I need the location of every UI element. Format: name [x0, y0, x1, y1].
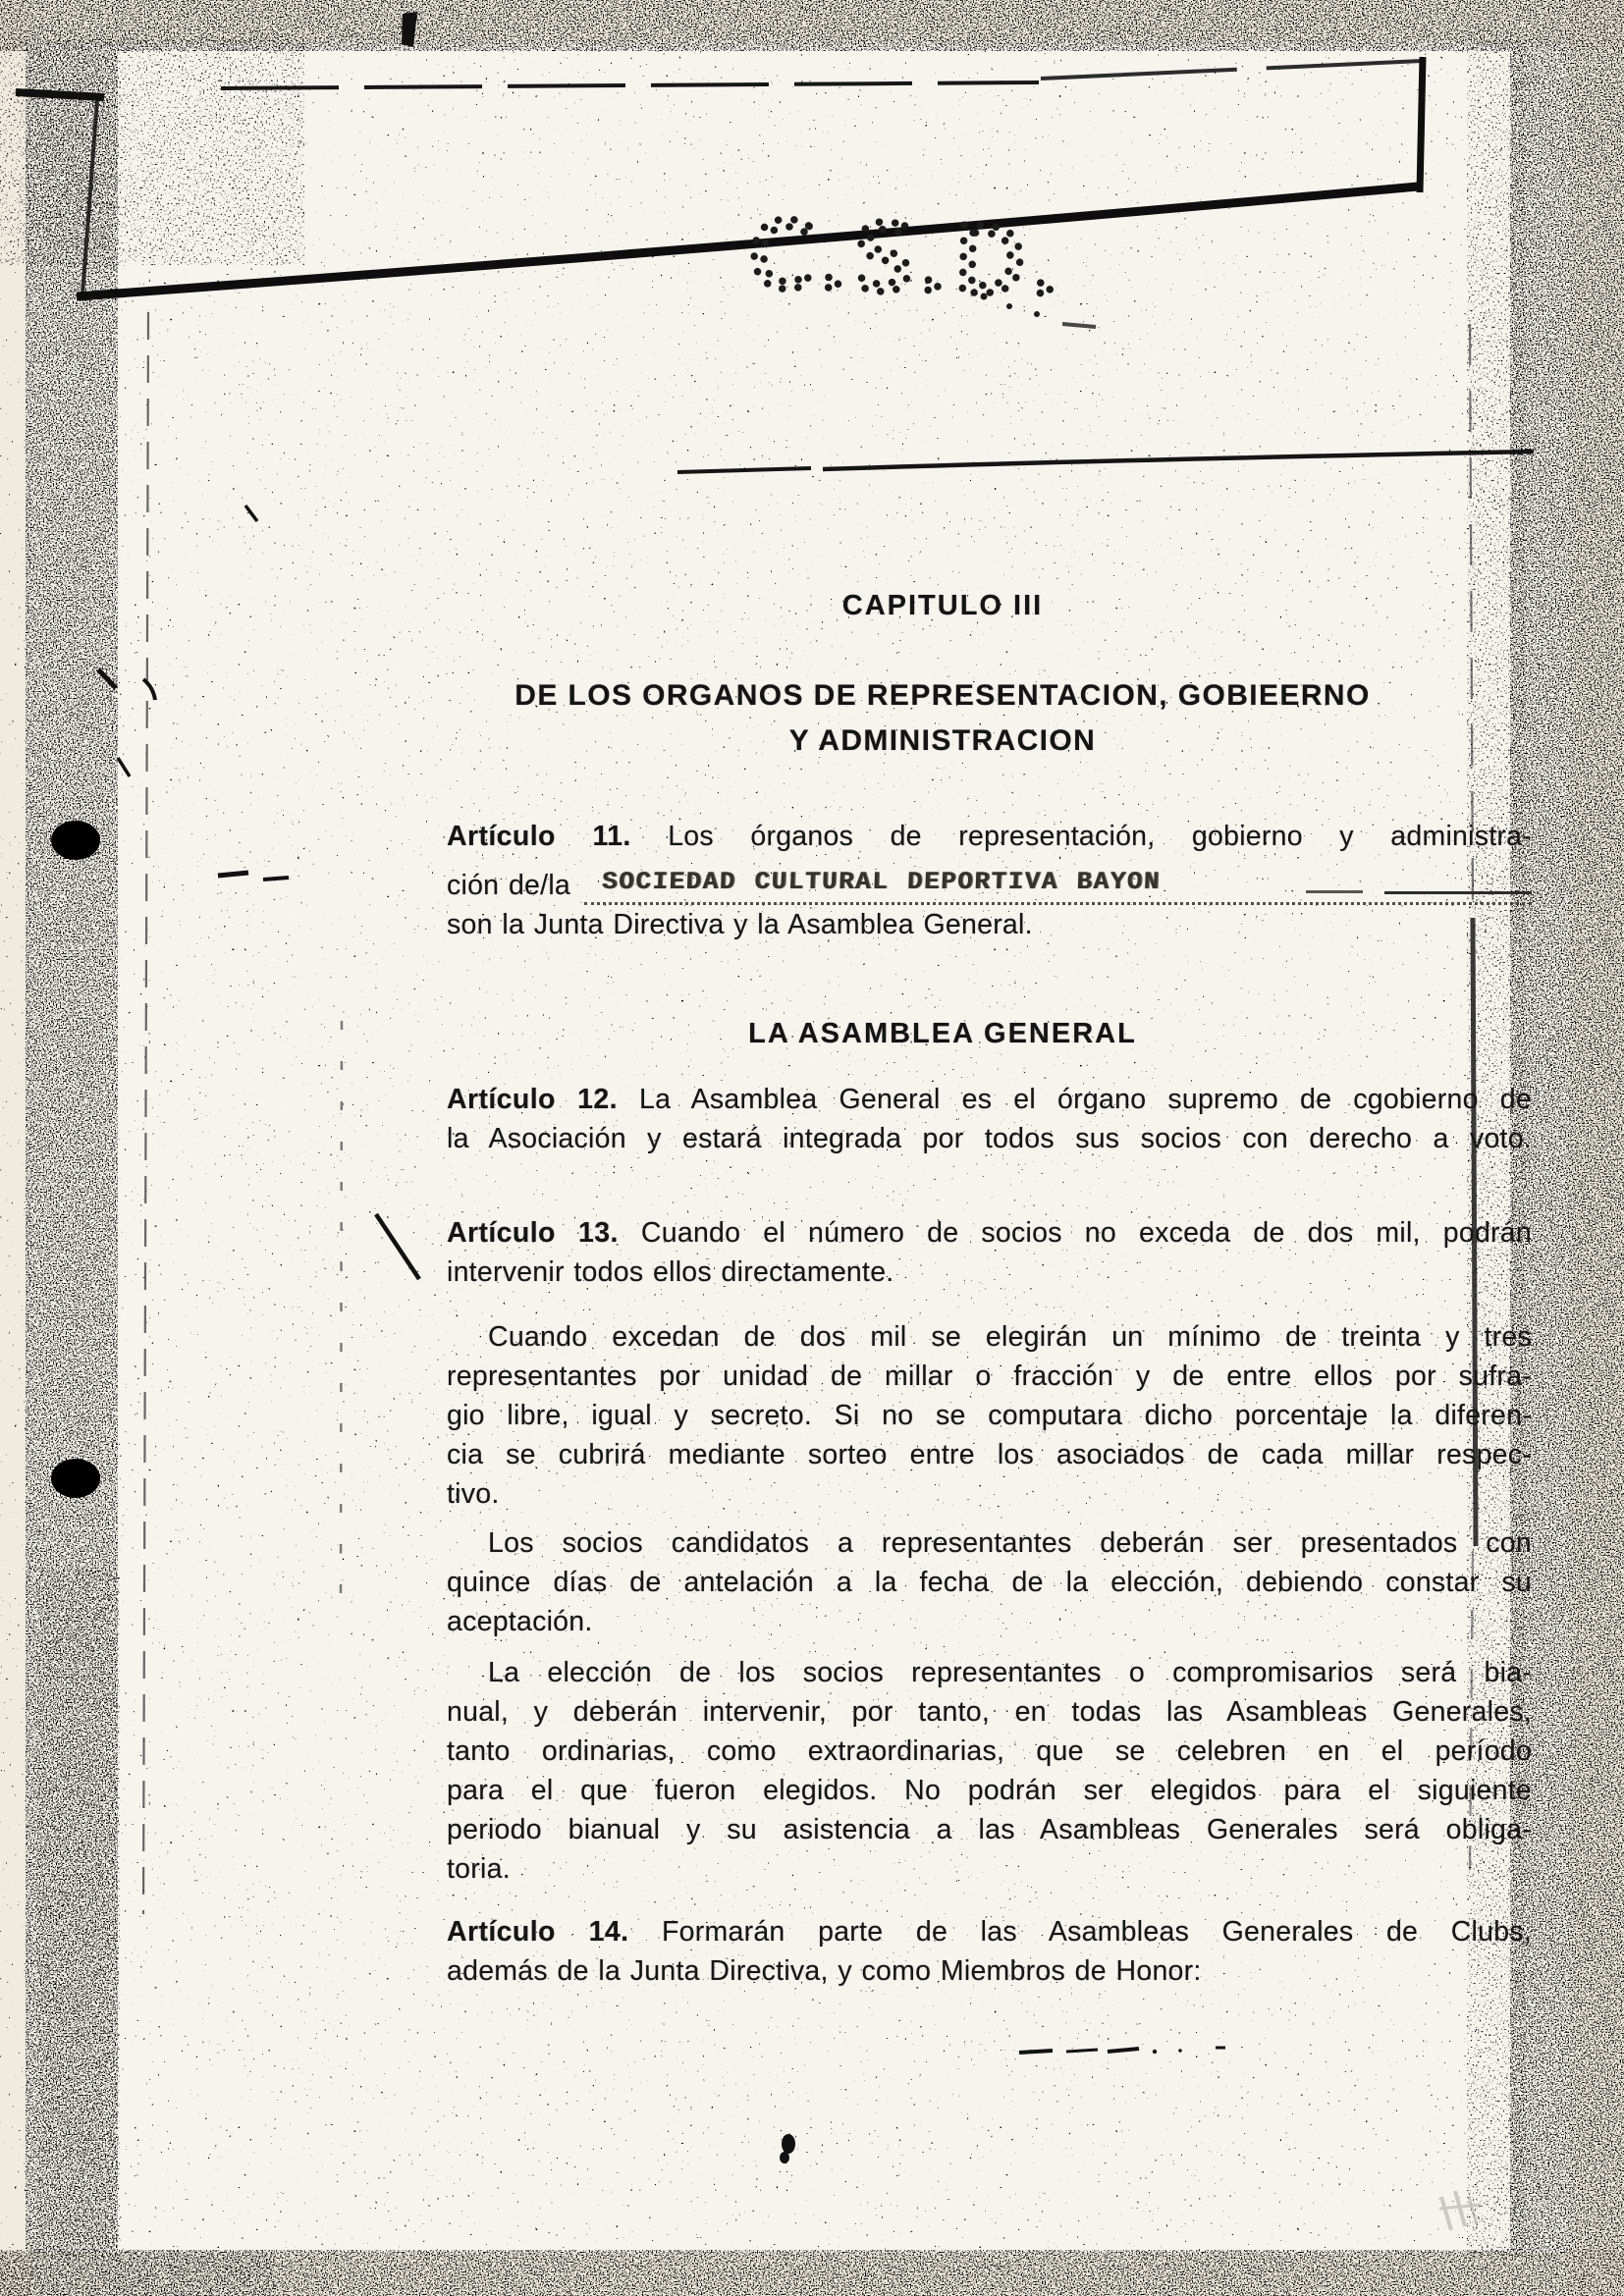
article-13-line1-text: Cuando el número de socios no exceda de …: [641, 1217, 1532, 1249]
bottom-dashes: [1066, 2050, 1098, 2052]
bottom-blob: [782, 2134, 795, 2154]
noise-band-left-lower: [37, 1571, 120, 2258]
section-heading: LA ASAMBLEA GENERAL: [398, 1011, 1488, 1056]
left-fold-line: [143, 312, 148, 1914]
paragraph-line: aceptación.: [447, 1602, 1532, 1641]
article-12-line1: Artículo 12. La Asamblea General es el ó…: [447, 1080, 1532, 1119]
chapter-subtitle-line2-text: Y ADMINISTRACION: [789, 724, 1096, 757]
paragraph-line: gio libre, igual y secreto. Si no se com…: [447, 1396, 1532, 1435]
fill-in-solid-end: [1384, 891, 1532, 894]
stamp-stray-dot: [981, 294, 988, 300]
slash-mark-art13: [376, 1214, 419, 1279]
paragraph-candidates: Los socios candidatos a representantes d…: [447, 1523, 1532, 1641]
top-edge-line: [221, 82, 1039, 88]
noise-corner-topleft: [0, 39, 304, 265]
noise-mark: [143, 679, 155, 700]
article-11-line2-prefix: ción de/la: [447, 866, 570, 905]
chapter-subtitle-line2: Y ADMINISTRACION: [398, 719, 1488, 764]
article-13-line1: Artículo 13. Cuando el número de socios …: [447, 1213, 1532, 1253]
article-13-label: Artículo 13.: [447, 1217, 619, 1249]
punch-hole-bottom: [51, 1459, 100, 1498]
fill-in-dash: [1306, 890, 1363, 893]
paragraph-line: La elección de los socios representantes…: [447, 1653, 1532, 1692]
bottom-dot: [1178, 2049, 1182, 2053]
top-skew-edge: [77, 187, 1418, 296]
paragraph-line: tanto ordinarias, como extraordinarias, …: [447, 1732, 1532, 1771]
article-11-label: Artículo 11.: [447, 821, 631, 852]
stamp-stray-dash: [1062, 324, 1096, 327]
article-14-line1: Artículo 14. Formarán parte de las Asamb…: [447, 1912, 1532, 1951]
left-inner-ticks: [341, 1021, 342, 1600]
chapter-title: CAPITULO III: [398, 583, 1488, 628]
paragraph-line: representantes por unidad de millar o fr…: [447, 1357, 1532, 1396]
stamp-stray-dot: [1034, 311, 1040, 317]
paragraph-election-quota: Cuando excedan de dos mil se elegirán un…: [447, 1317, 1532, 1514]
paragraph-line: Cuando excedan de dos mil se elegirán un…: [447, 1317, 1532, 1357]
noise-mark: [245, 506, 257, 521]
article-13: Artículo 13. Cuando el número de socios …: [447, 1213, 1532, 1292]
paragraph-line: cia se cubrirá mediante sorteo entre los…: [447, 1435, 1532, 1474]
top-edge-line-right: [1041, 61, 1422, 79]
paragraph-line: nual, y deberán intervenir, por tanto, e…: [447, 1692, 1532, 1732]
scanned-document-page: C.S.D.: [0, 0, 1624, 2296]
paragraph-biannual-election: La elección de los socios representantes…: [447, 1653, 1532, 1889]
paragraph-line: Los socios candidatos a representantes d…: [447, 1523, 1532, 1563]
paragraph-line: toria.: [447, 1849, 1532, 1889]
ghost-stamp: [1439, 2191, 1481, 2230]
top-right-edge: [1420, 57, 1423, 192]
header-rule-short: [677, 468, 811, 472]
article-11-line2: ción de/la SOCIEDAD CULTURAL DEPORTIVA B…: [447, 856, 1532, 905]
bottom-dashes: [1108, 2049, 1139, 2052]
chapter-subtitle-line1-text: DE LOS ORGANOS DE REPRESENTACION, GOBIEE…: [514, 679, 1370, 712]
article-14-label: Artículo 14.: [447, 1916, 628, 1948]
article-14-line1-text: Formarán parte de las Asambleas Generale…: [662, 1916, 1532, 1948]
noise-band-left: [26, 39, 118, 2258]
csd-perforated-stamp: C.S.D.: [747, 202, 1067, 317]
paragraph-line: periodo bianual y su asistencia a las As…: [447, 1810, 1532, 1849]
stamp-stray-dot: [1006, 303, 1012, 309]
article-14-line2: además de la Junta Directiva, y como Mie…: [447, 1951, 1532, 1991]
chapter-subtitle-line1: DE LOS ORGANOS DE REPRESENTACION, GOBIEE…: [398, 673, 1488, 719]
typed-entity-name: SOCIEDAD CULTURAL DEPORTIVA BAYON: [601, 863, 1161, 901]
chapter-title-text: CAPITULO III: [842, 590, 1043, 621]
edge-tint-bottom: [0, 2252, 1624, 2296]
paragraph-line: para el que fueron elegidos. No podrán s…: [447, 1771, 1532, 1810]
edge-tint-top: [0, 0, 1624, 45]
article-11: Artículo 11. Los órganos de representaci…: [447, 817, 1532, 944]
article-14: Artículo 14. Formarán parte de las Asamb…: [447, 1912, 1532, 1991]
article-12-line2: la Asociación y estará integrada por tod…: [447, 1119, 1532, 1158]
article-12-line1-text: La Asamblea General es el órgano supremo…: [639, 1084, 1532, 1115]
punch-hole-top: [51, 821, 100, 860]
header-rule: [823, 452, 1534, 469]
edge-tint-right: [1569, 0, 1624, 2296]
article-13-line2: intervenir todos ellos directamente.: [447, 1253, 1532, 1292]
article-11-line1-text: Los órganos de representación, gobierno …: [668, 821, 1532, 852]
article-11-line1: Artículo 11. Los órganos de representaci…: [447, 817, 1532, 856]
paragraph-line: quince días de antelación a la fecha de …: [447, 1563, 1532, 1602]
article-12: Artículo 12. La Asamblea General es el ó…: [447, 1080, 1532, 1158]
section-heading-text: LA ASAMBLEA GENERAL: [748, 1018, 1137, 1049]
bottom-dashes: [1019, 2051, 1053, 2053]
noise-mark: [118, 758, 130, 776]
bottom-blob: [780, 2152, 789, 2163]
top-edge-left-drop: [82, 100, 97, 294]
margin-dash: [218, 873, 248, 876]
paragraph-line: tivo.: [447, 1474, 1532, 1514]
noise-mark: [98, 669, 116, 688]
article-12-label: Artículo 12.: [447, 1084, 618, 1115]
fill-in-line: SOCIEDAD CULTURAL DEPORTIVA BAYON: [584, 863, 1532, 905]
article-11-line3: son la Junta Directiva y la Asamblea Gen…: [447, 905, 1532, 944]
bottom-dot: [1153, 2050, 1157, 2054]
margin-dash: [263, 878, 289, 880]
edge-tint-left: [0, 0, 29, 2296]
